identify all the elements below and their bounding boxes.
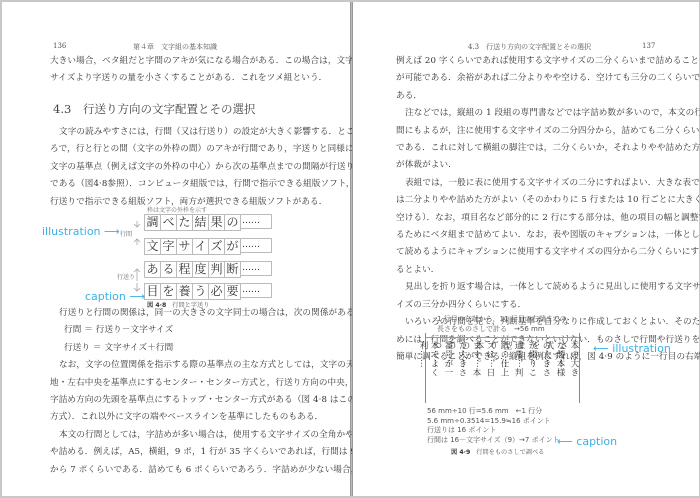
book-spread: 136 第４章 文字組の基本知識 大きい場合，ベタ組だと字間のアキが気になる場合… xyxy=(2,2,698,496)
formula-line: 行間 ＝ 行送り－文字サイズ xyxy=(50,322,368,339)
text-line: 本文の行間としては，字詰めが多い場合は，使用する文字サイズの全角かや xyxy=(50,427,368,444)
text-line: ろで，行と行との間（文字の外枠の間）のアキが行間であり，字送りと同様に xyxy=(50,141,355,158)
text-line: や詰める．例えば，A5，横組，9 ポ，1 行が 35 字くらいであれば，行間は … xyxy=(50,444,368,461)
text-line: 文字の基準点（例えば文字の外枠の中心）から次の基準点までの間隔が行送り xyxy=(50,159,355,176)
text-line: 見出しを折り返す場合は，一体として読めるように見出しに使用する文字サ xyxy=(396,279,700,296)
right-page: 4.3 行送り方向の文字配置とその選択 137 例えば 20 字くらいであれば使… xyxy=(352,2,699,496)
figure-4-9: 1 行目の右端から，11 行目の右端までの 長さをものさしで計る →56 mm … xyxy=(413,315,593,455)
caption-annotation: caption ⟶ xyxy=(85,290,145,303)
arrow-left-icon: ⟵ xyxy=(557,435,576,448)
figure-row: 目 を 養 う 必 要 …… xyxy=(144,283,272,298)
paragraph-1: 文字の読みやすさには，行間（又は行送り）の設定が大きく影響する．とこ ろで，行と… xyxy=(50,124,355,211)
arrow-left-icon: ⟵ xyxy=(593,342,612,355)
running-head: 第４章 文字組の基本知識 xyxy=(133,42,217,52)
text-line: 方式）．これ以外に文字の端やベースラインを基準にしたものもある． xyxy=(50,409,368,426)
text-line: 例えば 20 字くらいであれば使用する文字サイズの二分くらいまで詰めること xyxy=(396,53,700,70)
measure-tick xyxy=(579,333,580,403)
text-line: 空ける）．なお，項目名など部分的に 2 行にする部分は，他の項目の幅と調整す xyxy=(396,210,700,227)
text-line: 地・左右中央を基準点にするセンター・センター方式と，行送り方向の中央， xyxy=(50,375,368,392)
text-line: が体裁がよい． xyxy=(396,157,700,174)
text-line: 文字の読みやすさには，行間（又は行送り）の設定が大きく影響する．とこ xyxy=(50,124,355,141)
vertical-column: ズは，日本…… xyxy=(484,341,495,403)
paragraph-2: 行送りと行間の関係は，同一の大きさの文字同士の場合は，次の関係がある． 行間 ＝… xyxy=(50,305,368,479)
figure-row: 文 字 サ イ ズ が …… xyxy=(144,238,272,253)
text-line: なお，文字の位置関係を指示する際の基準点の主な方式としては，文字の天 xyxy=(50,357,368,374)
caption-text: 行間をものさしで調べる xyxy=(476,449,544,456)
text-line: である．これに対して横組の脚注では，二分くらいか，それよりやや詰めた方 xyxy=(396,140,700,157)
section-number: 4.3 xyxy=(53,102,71,116)
illustration-annotation: illustration ⟶ xyxy=(42,225,120,238)
vertical-column: 本でよく利…… xyxy=(428,341,439,403)
caption-annotation: ⟵ caption xyxy=(557,435,617,448)
caption-number: 図 4·9 xyxy=(451,449,470,456)
vertical-column: ます。本の…… xyxy=(470,341,481,403)
page-number: 137 xyxy=(642,42,655,50)
text-line: て読めるようにキャプションに使用する文字サイズの四分から二分くらいにす xyxy=(396,244,700,261)
text-line: ある． xyxy=(396,88,700,105)
vertical-column: た大きさの…… xyxy=(456,341,467,403)
spacing-arrows-icon xyxy=(131,221,145,301)
text-line: 字詰め方向の先頭を基準点にするトップ・センター方式がある（図 4·8 はこの xyxy=(50,392,368,409)
text-line: 表組では，一般に表に使用する文字サイズの二分にすればよい．大きな表で xyxy=(396,175,700,192)
text-line: サイズより字送りの量を小さくすることがある．これをツメ組という． xyxy=(50,70,354,87)
page-number: 136 xyxy=(53,42,66,50)
vertical-column: が綴りこま…… xyxy=(526,341,537,403)
section-title: 行送り方向の文字配置とその選択 xyxy=(83,102,256,116)
calculation: 56 mm÷10 行=5.6 mm ←1 行分 5.6 mm÷0.3514=15… xyxy=(427,407,560,445)
text-line: から 7 ポくらいである．詰めても 6 ポくらいであろう．字詰めが少ない場合， xyxy=(50,462,368,479)
running-head: 4.3 行送り方向の文字配置とその選択 xyxy=(468,42,591,52)
text-line: イズの三分か四分くらいにする． xyxy=(396,297,700,314)
vertical-column: 紙の仕上り…… xyxy=(498,341,509,403)
arrow-right-icon: ⟶ xyxy=(126,290,145,303)
vertical-column: 本の大きさ…… xyxy=(568,341,579,403)
formula-line: 行送り ＝ 文字サイズ＋行間 xyxy=(50,340,368,357)
vertical-text-sample: 本の大きさ…… な製本様式…… の大きさを…… が綴りこま…… 通常，判型…… … xyxy=(427,341,579,403)
figure-caption: 図 4·9行間をものさしで調べる xyxy=(451,447,544,456)
text-line: 注などでは，縦組の 1 段組の専門書などでは字詰め数が多いので，本文の行 xyxy=(396,105,700,122)
text-line: である（図4·8参照）．コンピュータ組版では，行間で指示できる組版ソフト， xyxy=(50,176,355,193)
figure-row: あ る 程 度 判 断 …… xyxy=(144,261,272,276)
measure-note: 1 行目の右端から，11 行目の右端までの 長さをものさしで計る →56 mm xyxy=(437,315,567,334)
illustration-annotation: ⟵ illustration xyxy=(593,342,671,355)
section-heading: 4.3 行送り方向の文字配置とその選択 xyxy=(53,101,255,117)
text-line: 大きい場合，ベタ組だと字間のアキが気になる場合がある．この場合は，文字 xyxy=(50,53,354,70)
text-line: は二分よりやや詰めた方がよい（そのかわりに 5 行または 10 行ごとに大きく xyxy=(396,192,700,209)
text-line: が可能である．余裕があれば二分よりやや空ける．空けても三分の二くらいで xyxy=(396,70,700,87)
vertical-column: な製本様式…… xyxy=(554,341,565,403)
arrow-right-icon: ⟶ xyxy=(101,225,120,238)
vertical-column: 番号が一つ…… xyxy=(442,341,453,403)
text-line: 間にもよるが，注に使用する文字サイズの二分四分から，詰めても二分くらい xyxy=(396,123,700,140)
text-line: 行送りと行間の関係は，同一の大きさの文字同士の場合は，次の関係がある． xyxy=(50,305,368,322)
intro-text: 大きい場合，ベタ組だと字間のアキが気になる場合がある．この場合は，文字 サイズよ… xyxy=(50,53,354,88)
left-page: 136 第４章 文字組の基本知識 大きい場合，ベタ組だと字間のアキが気になる場合… xyxy=(2,2,351,496)
vertical-column: の大きさを…… xyxy=(540,341,551,403)
text-line: るとよい． xyxy=(396,262,700,279)
vertical-column: 通常，判型…… xyxy=(512,341,523,403)
text-line: るためにベタ組まで詰めてよい．なお，表や図版のキャプションは，一体とし xyxy=(396,227,700,244)
measure-line xyxy=(425,337,579,338)
figure-note: 枠は文字の外枠を示す xyxy=(147,205,207,214)
figure-row: 調 べ た 結 果 の …… xyxy=(144,214,272,229)
